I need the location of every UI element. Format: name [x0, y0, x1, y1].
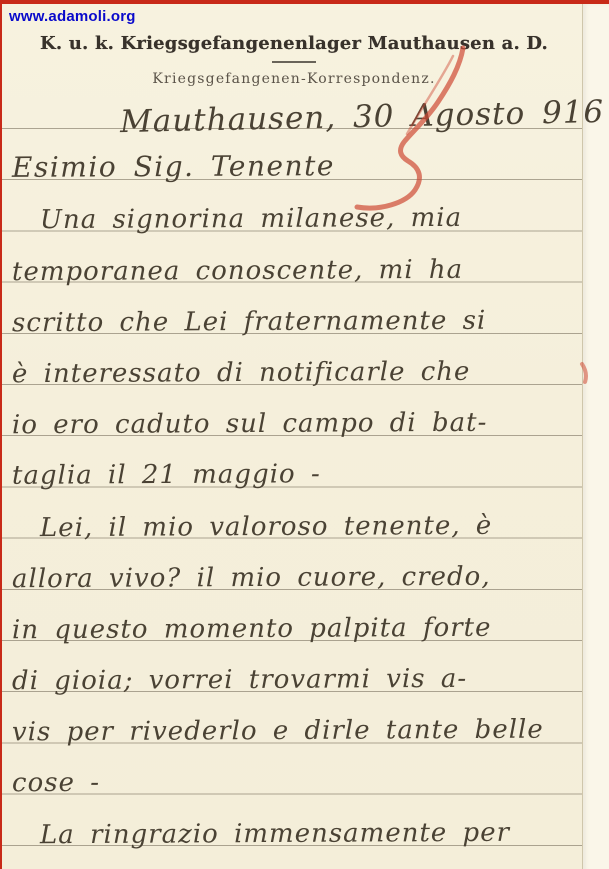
handwritten-line: temporanea conoscente, mi ha	[12, 256, 463, 284]
handwritten-line: La ringrazio immensamente per	[40, 820, 510, 848]
handwritten-line: in questo momento palpita forte	[12, 615, 492, 644]
handwritten-line: Esimio Sig. Tenente	[12, 152, 335, 182]
handwritten-line: cose -	[12, 769, 100, 795]
handwritten-line: vis per rivederlo e dirle tante belle	[12, 717, 544, 746]
handwritten-line: io ero caduto sul campo di bat-	[12, 410, 487, 438]
handwritten-line: taglia il 21 maggio -	[12, 462, 321, 490]
handwritten-line: scritto che Lei fraternamente si	[12, 308, 486, 336]
handwritten-line: Lei, il mio valoroso tenente, è	[40, 512, 492, 540]
handwritten-line: è interessato di notificarle che	[12, 359, 471, 387]
handwritten-line: Una signorina milanese, mia	[40, 205, 462, 233]
watermark: www.adamoli.org	[9, 8, 136, 25]
handwritten-line: di gioia; vorrei trovarmi vis a-	[12, 666, 467, 694]
letter-page: www.adamoli.org K. u. k. Kriegsgefangene…	[0, 0, 609, 869]
handwritten-line: allora vivo? il mio cuore, credo,	[12, 564, 491, 593]
letter-body: Esimio Sig. TenenteUna signorina milanes…	[2, 4, 609, 869]
